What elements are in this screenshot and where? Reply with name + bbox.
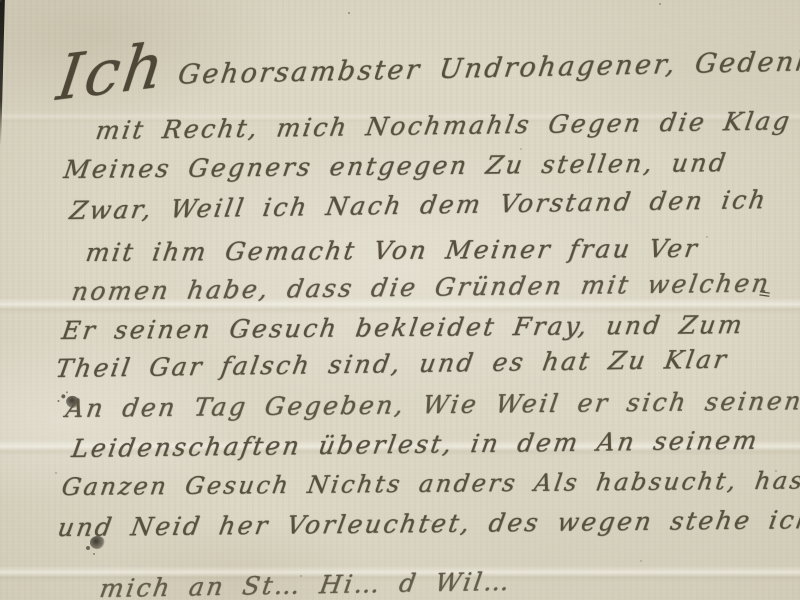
flourished-initial: Ich: [56, 50, 168, 94]
manuscript-line-5: mit ihm Gemacht Von Meiner frau Ver: [84, 234, 702, 267]
manuscript-line-3: Meines Gegners entgegen Zu stellen, und: [62, 148, 730, 184]
manuscript-line-11: Ganzen Gesuch Nichts anders Als habsucht…: [60, 466, 800, 501]
paper-flecks: [0, 0, 2, 2]
manuscript-line-6: nomen habe, dass die Gründen mit welchen: [70, 268, 773, 306]
manuscript-line-7: Er seinen Gesuch bekleidet Fray, und Zum: [60, 310, 747, 345]
manuscript-line-1-text: Gehorsambster Undrohagener, Gedenke: [176, 46, 800, 91]
manuscript-line-1: IchGehorsambster Undrohagener, Gedenke: [56, 42, 800, 93]
manuscript-line-13-cutoff: mich an St… Hi… d Wil…: [98, 567, 514, 600]
manuscript-line-12: und Neid her Vorleuchtet, des wegen steh…: [56, 505, 800, 542]
manuscript-line-9: An den Tag Gegeben, Wie Weil er sich sei…: [64, 386, 800, 423]
manuscript-page: IchGehorsambster Undrohagener, Gedenke m…: [0, 0, 800, 600]
manuscript-line-8: Theil Gar falsch sind, und es hat Zu Kla…: [54, 345, 731, 383]
manuscript-line-4: Zwar, Weill ich Nach dem Vorstand den ic…: [68, 185, 770, 225]
manuscript-line-2: mit Recht, mich Nochmahls Gegen die Klag: [94, 106, 794, 145]
scan-edge-shadow: [0, 0, 5, 146]
manuscript-line-10: Leidenschaften überlest, in dem An seine…: [70, 426, 762, 463]
